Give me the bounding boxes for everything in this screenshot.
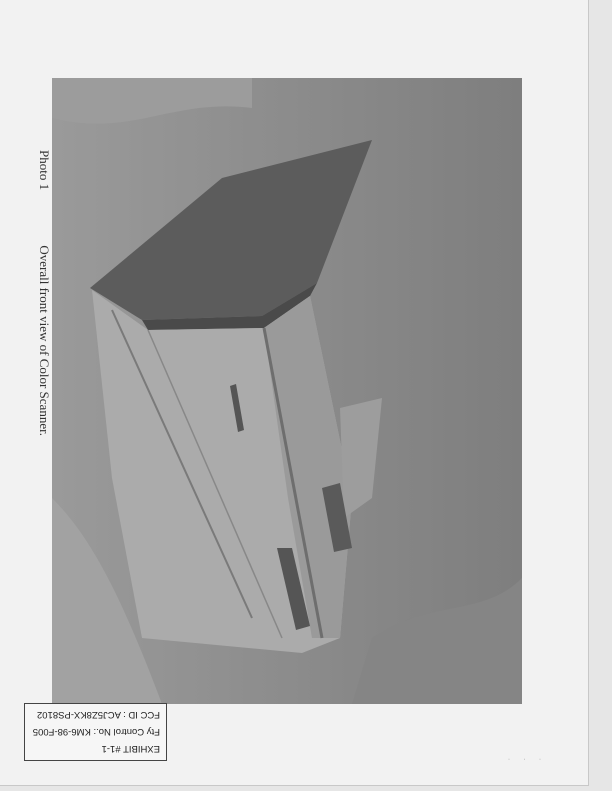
exhibit-number: EXHIBIT #1-1	[31, 740, 160, 757]
scanner-image	[52, 78, 522, 704]
fcc-id: FCC ID : ACJ5Z8KX-PS8102	[31, 706, 160, 723]
scan-specks: · · ·	[508, 757, 547, 763]
scanner-photo	[52, 78, 522, 704]
photo-description: Overall front view of Color Scanner.	[37, 245, 52, 436]
photo-label: Photo 1	[36, 150, 52, 190]
factory-control-number: Fty Control No.: KM6-98-F005	[31, 723, 160, 740]
photo-caption: Photo 1 Overall front view of Color Scan…	[22, 150, 52, 550]
document-page: Photo 1 Overall front view of Color Scan…	[0, 0, 589, 786]
exhibit-label-box: EXHIBIT #1-1 Fty Control No.: KM6-98-F00…	[24, 703, 167, 761]
